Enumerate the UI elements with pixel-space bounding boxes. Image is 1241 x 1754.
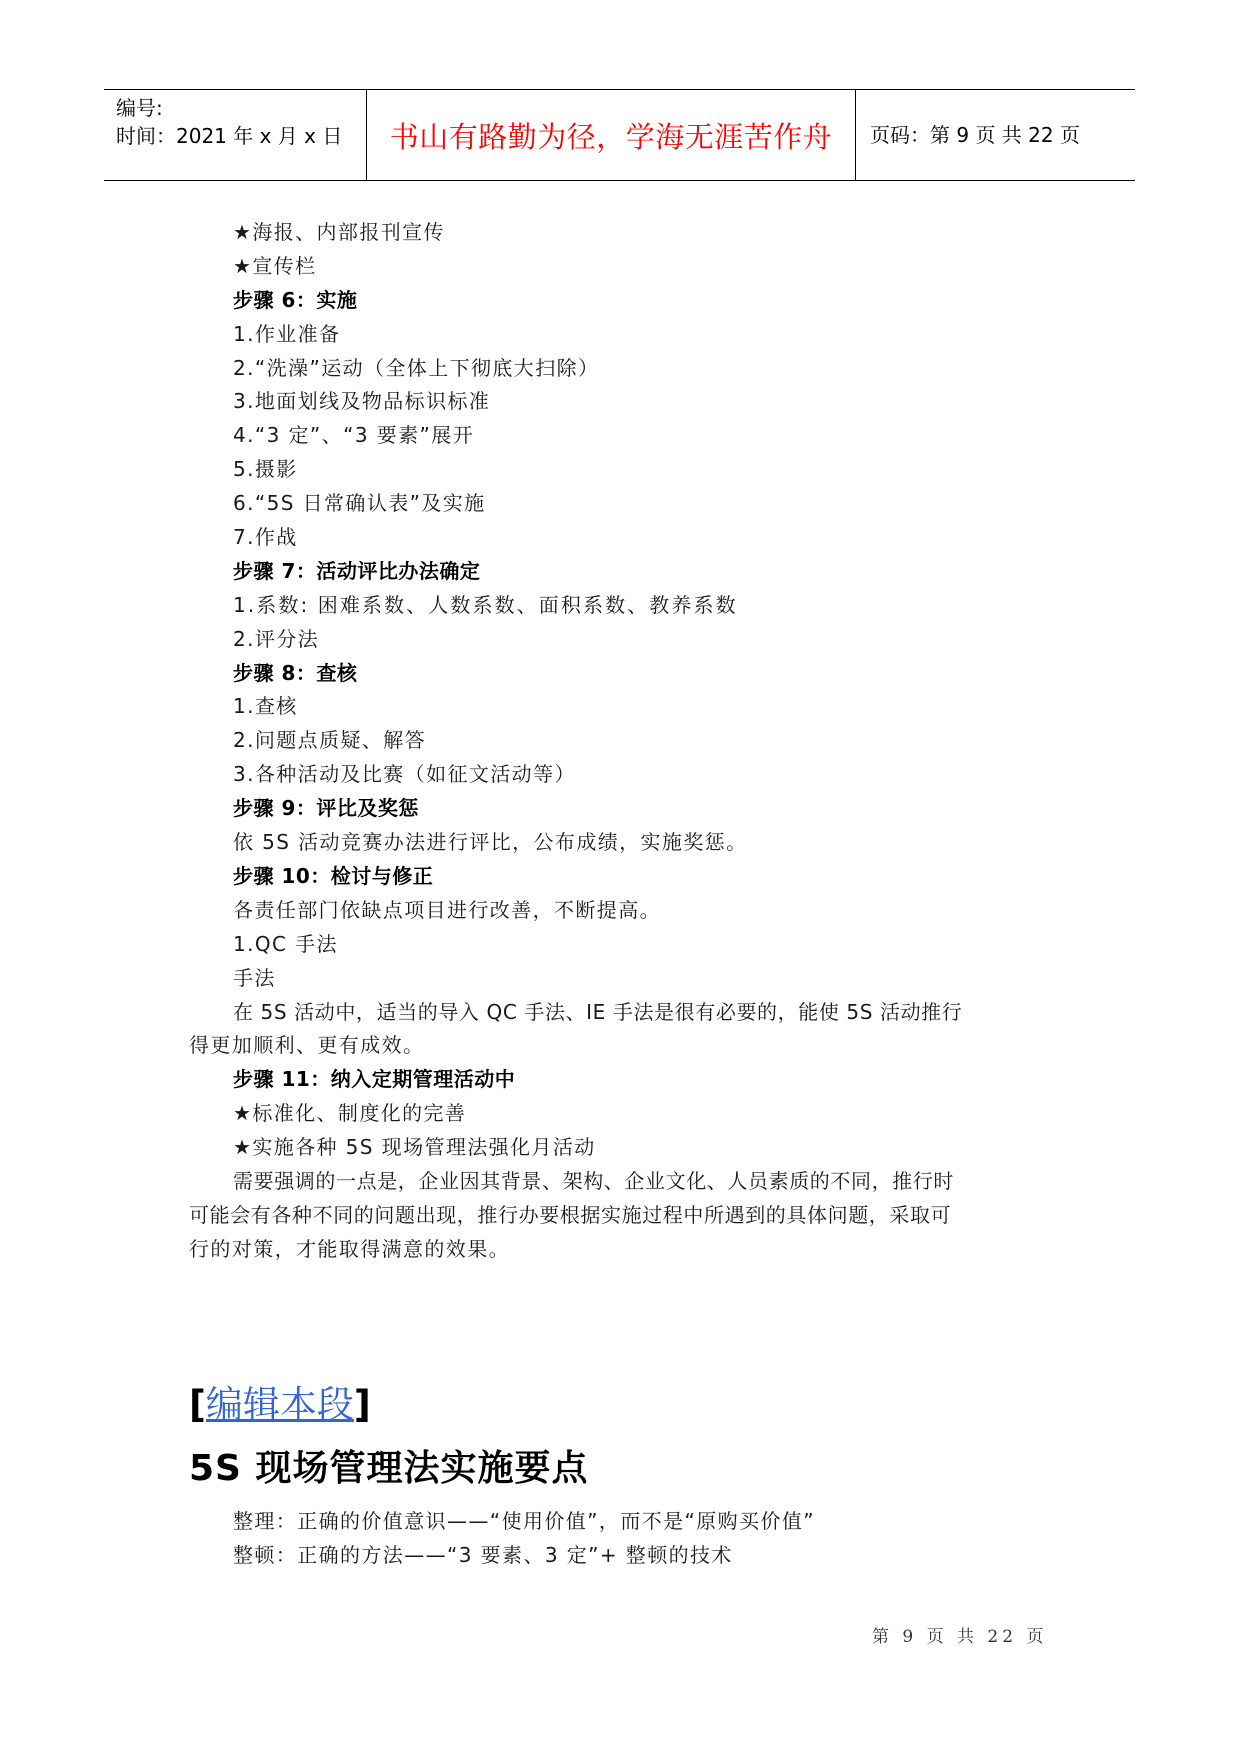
paragraph-continuation: 行的对策，才能取得满意的效果。 <box>189 1237 510 1261</box>
list-item: 2.问题点质疑、解答 <box>233 728 426 752</box>
bullet-item: ★实施各种 5S 现场管理法强化月活动 <box>233 1135 596 1159</box>
header-divider <box>855 90 856 180</box>
paragraph: 需要强调的一点是，企业因其背景、架构、企业文化、人员素质的不同，推行时 <box>233 1169 954 1193</box>
list-item: 7.作战 <box>233 525 298 549</box>
step-heading: 步骤 7：活动评比办法确定 <box>233 559 480 583</box>
header-motto: 书山有路勤为径，学海无涯苦作舟 <box>367 90 855 180</box>
header-meta: 编号: 时间：2021 年 x 月 x 日 <box>116 90 366 180</box>
serial-label: 编号: <box>116 94 366 122</box>
paragraph: 各责任部门依缺点项目进行改善，不断提高。 <box>233 898 661 922</box>
list-item: 4.“3 定”、“3 要素”展开 <box>233 423 474 447</box>
edit-section-link[interactable]: 编辑本段 <box>206 1383 354 1426</box>
bullet-item: ★海报、内部报刊宣传 <box>233 220 445 244</box>
list-item: 2.评分法 <box>233 627 319 651</box>
bracket-open: [ <box>189 1383 206 1426</box>
paragraph: 在 5S 活动中，适当的导入 QC 手法、IE 手法是很有必要的，能使 5S 活… <box>233 1000 962 1024</box>
page-footer: 第 9 页 共 22 页 <box>872 1622 1047 1647</box>
edit-section: [编辑本段] <box>189 1383 371 1427</box>
list-item: 6.“5S 日常确认表”及实施 <box>233 491 486 515</box>
header-page-info: 页码：第 9 页 共 22 页 <box>870 90 1135 180</box>
list-item: 1.查核 <box>233 694 298 718</box>
step-heading: 步骤 10：检讨与修正 <box>233 864 433 888</box>
list-item: 5.摄影 <box>233 457 298 481</box>
paragraph-continuation: 可能会有各种不同的问题出现，推行办要根据实施过程中所遇到的具体问题，采取可 <box>189 1203 951 1227</box>
step-heading: 步骤 6：实施 <box>233 288 357 312</box>
list-item: 3.各种活动及比赛（如征文活动等） <box>233 762 576 786</box>
date-label: 时间：2021 年 x 月 x 日 <box>116 122 366 150</box>
step-heading: 步骤 9：评比及奖惩 <box>233 796 419 820</box>
list-item: 1.系数: 困难系数、人数系数、面积系数、教养系数 <box>233 593 738 617</box>
section-title: 5S 现场管理法实施要点 <box>189 1447 589 1491</box>
paragraph: 整理：正确的价值意识——“使用价值”，而不是“原购买价值” <box>233 1509 815 1533</box>
paragraph: 依 5S 活动竞赛办法进行评比，公布成绩，实施奖惩。 <box>233 830 748 854</box>
list-item: 1.QC 手法 <box>233 932 338 956</box>
step-heading: 步骤 8：查核 <box>233 661 357 685</box>
step-heading: 步骤 11：纳入定期管理活动中 <box>233 1067 515 1091</box>
bullet-item: ★宣传栏 <box>233 254 317 278</box>
paragraph-continuation: 得更加顺利、更有成效。 <box>189 1033 424 1057</box>
list-item: 手法 <box>233 966 276 990</box>
page-header: 编号: 时间：2021 年 x 月 x 日 书山有路勤为径，学海无涯苦作舟 页码… <box>104 89 1135 181</box>
bullet-item: ★标准化、制度化的完善 <box>233 1101 466 1125</box>
paragraph: 整顿：正确的方法——“3 要素、3 定”+ 整顿的技术 <box>233 1543 733 1567</box>
bracket-close: ] <box>354 1383 371 1426</box>
list-item: 3.地面划线及物品标识标准 <box>233 389 490 413</box>
list-item: 1.作业准备 <box>233 322 340 346</box>
list-item: 2.“洗澡”运动（全体上下彻底大扫除） <box>233 356 599 380</box>
